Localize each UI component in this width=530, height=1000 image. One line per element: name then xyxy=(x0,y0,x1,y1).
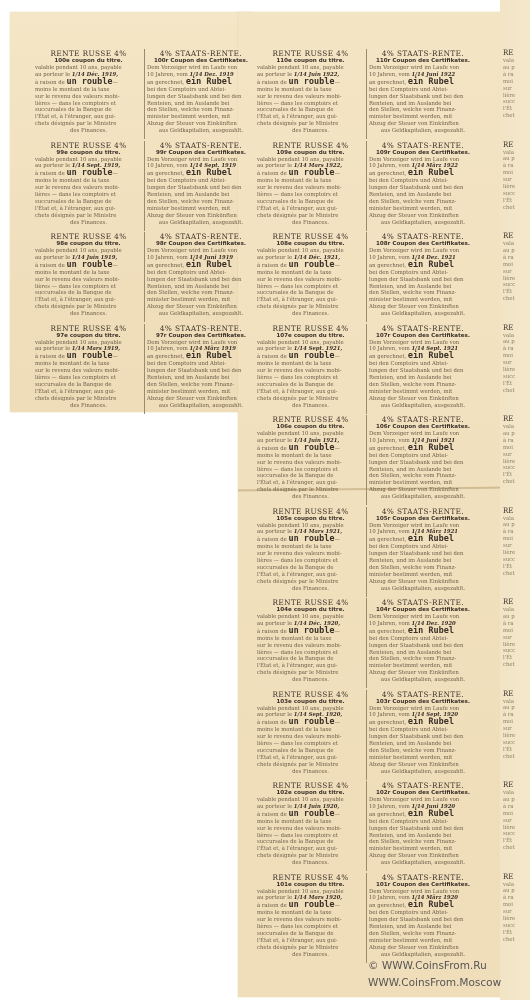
coupon-heading-fr: RENTE RUSSE 4% xyxy=(257,49,364,58)
coupon-heading-de: 4% STAATS-RENTE. xyxy=(369,507,477,516)
coupon-amount: un rouble xyxy=(288,77,334,87)
coupon-text: den Stellen, welche vom Finanz- xyxy=(369,839,477,846)
coupon-dash: — xyxy=(335,80,340,86)
coupon-footer: aus Geldkapitalien, ausgezahlt. xyxy=(147,403,255,410)
coupon-text: moins le montant de la taxe xyxy=(257,819,364,826)
coupon-amount: un rouble xyxy=(66,260,112,270)
coupon-text: an gerechnet, xyxy=(369,629,406,635)
coupon-text: valable pendant 10 ans, payable xyxy=(257,797,364,804)
coupon-text: 10 Jahren, vom xyxy=(369,621,410,627)
coupon-amount: ein Rubel xyxy=(186,77,232,87)
coupon-amount: ein Rubel xyxy=(408,168,454,178)
edge-strip-heading: RE xyxy=(503,873,525,882)
coupon-text: lières — dans les comptoirs et xyxy=(35,284,142,291)
coupon-text: lungen der Staatsbank und bei den xyxy=(369,277,477,284)
coupon-heading-fr: RENTE RUSSE 4% xyxy=(257,690,364,699)
coupon-text: Abzug der Steuer von Einkünften xyxy=(369,945,477,952)
edge-strip-line: moi xyxy=(503,262,525,269)
coupon-number-suffix: Coupon des Certifikates. xyxy=(168,333,246,339)
coupon-heading-de: 4% STAATS-RENTE. xyxy=(369,873,477,882)
coupon-text: bei den Comptoirs und Abtei- xyxy=(369,178,477,185)
coupon-number-suffix: coupon du titre. xyxy=(294,607,345,613)
edge-strip-line: moi xyxy=(503,811,525,818)
coupon-text: moins le montant de la taxe xyxy=(257,453,364,460)
coupon-text: sur le revenu des valeurs mobi- xyxy=(35,94,142,101)
coupon-footer: des Finances. xyxy=(257,311,364,318)
coupon-amount-line: an gerechnet, ein Rubel xyxy=(369,536,477,544)
coupon-footer: des Finances. xyxy=(257,128,364,135)
coupon-amount: un rouble xyxy=(66,77,112,87)
edge-strip-line: succ xyxy=(503,191,525,198)
coupon-footer: des Finances. xyxy=(35,311,142,318)
coupon-footer: aus Geldkapitalien, ausgezahlt. xyxy=(147,220,255,227)
coupon-text: succursales de la Banque de xyxy=(35,382,142,389)
coupon-text: chets désignés par le Ministre xyxy=(257,121,364,128)
coupon-number-suffix: Coupon des Certifikates. xyxy=(392,516,470,522)
coupon-heading-de: 4% STAATS-RENTE. xyxy=(147,49,255,58)
coupon-text: lières — dans les comptoirs et xyxy=(257,284,364,291)
coupon: RENTE RUSSE 4%105e coupon du titre.valab… xyxy=(255,507,480,597)
edge-strip-heading: RE xyxy=(503,690,525,699)
coupon-text: lières — dans les comptoirs et xyxy=(257,101,364,108)
coupon-text: au porteur le xyxy=(257,163,292,169)
edge-strip-line: vala xyxy=(503,699,525,706)
coupon-text: bei den Comptoirs und Abtei- xyxy=(369,87,477,94)
edge-strip-line: sur xyxy=(503,177,525,184)
coupon-text: 10 Jahren, vom xyxy=(147,163,188,169)
edge-strip-line: l'Ét xyxy=(503,564,525,571)
coupon-text: Renteien, und im Auslande bei xyxy=(147,284,255,291)
edge-strip-line: au p xyxy=(503,614,525,621)
coupon-amount: un rouble xyxy=(288,534,334,544)
coupon-text: moins le montant de la taxe xyxy=(35,87,142,94)
coupon-number: 109r xyxy=(376,150,390,156)
coupon-text: au porteur le xyxy=(257,712,292,718)
coupon-heading-fr: RENTE RUSSE 4% xyxy=(35,324,142,333)
coupon-text: moins le montant de la taxe xyxy=(257,727,364,734)
coupon-heading-de: 4% STAATS-RENTE. xyxy=(147,232,255,241)
coupon-text: lières — dans les comptoirs et xyxy=(257,650,364,657)
edge-strip-coupon: REvalaau pà ramoisurlièresuccl'Étchet xyxy=(503,141,525,212)
coupon-number: 100e xyxy=(54,58,69,64)
coupon-text: minister bestimmt werden, mit xyxy=(147,389,255,396)
coupon-german-half: 4% STAATS-RENTE.100r Coupon des Certifik… xyxy=(145,49,257,139)
edge-strip-line: sur xyxy=(503,726,525,733)
coupon-text: Renteien, und im Auslande bei xyxy=(369,924,477,931)
coupon-text: 10 Jahren, vom xyxy=(369,255,410,261)
edge-strip-line: moi xyxy=(503,353,525,360)
coupon-text: lières — dans les comptoirs et xyxy=(257,558,364,565)
coupon-german-half: 4% STAATS-RENTE.105r Coupon des Certifik… xyxy=(367,507,479,597)
edge-strip-line: vala xyxy=(503,882,525,889)
coupon-dash: — xyxy=(113,263,118,269)
coupon-number-suffix: coupon du titre. xyxy=(294,882,345,888)
coupon-text: lungen der Staatsbank und bei den xyxy=(147,94,255,101)
coupon-number-de: 98r Coupon des Certifikates. xyxy=(147,241,255,248)
coupon: RENTE RUSSE 4%107e coupon du titre.valab… xyxy=(255,324,480,414)
coupon-text: sur le revenu des valeurs mobi- xyxy=(257,460,364,467)
coupon-text: bei den Comptoirs und Abtei- xyxy=(369,910,477,917)
coupon-amount: ein Rubel xyxy=(408,900,454,910)
coupon-text: valable pendant 10 ans, payable xyxy=(257,65,364,72)
coupon: RENTE RUSSE 4%101e coupon du titre.valab… xyxy=(255,873,480,963)
coupon-amount: un rouble xyxy=(66,168,112,178)
coupon-heading-fr: RENTE RUSSE 4% xyxy=(257,873,364,882)
coupon: RENTE RUSSE 4%99e coupon du titre.valabl… xyxy=(33,141,258,231)
coupon-text: au porteur le xyxy=(257,438,292,444)
edge-strip-coupon: REvalaau pà ramoisurlièresuccl'Étchet xyxy=(503,873,525,944)
coupon-text: lières — dans les comptoirs et xyxy=(257,924,364,931)
coupon-text: Dem Vorzeiger wird im Laufe von xyxy=(147,248,255,255)
coupon-text: lungen der Staatsbank und bei den xyxy=(369,917,477,924)
coupon-heading-de: 4% STAATS-RENTE. xyxy=(369,141,477,150)
coupon-french-half: RENTE RUSSE 4%108e coupon du titre.valab… xyxy=(255,232,367,322)
coupon-number-de: 97r Coupon des Certifikates. xyxy=(147,333,255,340)
coupon-text: an gerechnet, xyxy=(369,446,406,452)
coupon-dash: — xyxy=(335,446,340,452)
coupon-text: den Stellen, welche vom Finanz- xyxy=(369,656,477,663)
coupon-number-suffix: coupon du titre. xyxy=(294,424,345,430)
coupon-number: 101r xyxy=(376,882,390,888)
coupon-text: à raison de xyxy=(257,80,287,86)
coupon-text: chets désignés par le Ministre xyxy=(257,304,364,311)
coupon-text: succursales de la Banque de xyxy=(35,199,142,206)
coupon-text: moins le montant de la taxe xyxy=(257,270,364,277)
coupon-footer: aus Geldkapitalien, ausgezahlt. xyxy=(147,311,255,318)
coupon-number-suffix: coupon du titre. xyxy=(294,333,345,339)
edge-strip-coupon: REvalaau pà ramoisurlièresuccl'Étchet xyxy=(503,324,525,395)
coupon-text: sur le revenu des valeurs mobi- xyxy=(257,643,364,650)
coupon-text: sur le revenu des valeurs mobi- xyxy=(35,185,142,192)
coupon-number: 108r xyxy=(376,241,390,247)
coupon-number-fr: 109e coupon du titre. xyxy=(257,150,364,157)
coupon-text: lières — dans les comptoirs et xyxy=(257,192,364,199)
coupon-text: bei den Comptoirs und Abtei- xyxy=(369,453,477,460)
coupon-footer: des Finances. xyxy=(257,494,364,501)
coupon-amount: un rouble xyxy=(288,626,334,636)
edge-strip-heading: RE xyxy=(503,324,525,333)
coupon-amount-line: an gerechnet, ein Rubel xyxy=(369,170,477,178)
coupon-footer: aus Geldkapitalien, ausgezahlt. xyxy=(369,769,477,776)
coupon-footer: des Finances. xyxy=(257,403,364,410)
coupon-text: moins le montant de la taxe xyxy=(257,87,364,94)
coupon-heading-fr: RENTE RUSSE 4% xyxy=(257,232,364,241)
edge-strip-line: lière xyxy=(503,367,525,374)
coupon-text: au porteur le xyxy=(35,163,70,169)
coupon-dash: — xyxy=(335,171,340,177)
coupon-number: 101e xyxy=(276,882,291,888)
edge-strip-coupon: REvalaau pà ramoisurlièresuccl'Étchet xyxy=(503,781,525,852)
coupon-number-suffix: Coupon des Certifikates. xyxy=(392,150,470,156)
coupon-text: sur le revenu des valeurs mobi- xyxy=(257,734,364,741)
coupon-text: 10 Jahren, vom xyxy=(369,72,410,78)
coupon-text: an gerechnet, xyxy=(147,263,184,269)
coupon-number: 106r xyxy=(376,424,390,430)
coupon-amount-line: à raison de un rouble— xyxy=(35,170,142,178)
edge-strip-line: l'Ét xyxy=(503,930,525,937)
coupon-text: 10 Jahren, vom xyxy=(369,804,410,810)
coupon-text: au porteur le xyxy=(257,621,292,627)
coupon-dash: — xyxy=(335,354,340,360)
coupon-text: sur le revenu des valeurs mobi- xyxy=(257,368,364,375)
coupon-text: Abzug der Steuer von Einkünften xyxy=(147,121,255,128)
coupon: RENTE RUSSE 4%103e coupon du titre.valab… xyxy=(255,690,480,780)
coupon-text: sur le revenu des valeurs mobi- xyxy=(257,185,364,192)
coupon-text: den Stellen, welche vom Finanz- xyxy=(147,382,255,389)
coupon-text: au porteur le xyxy=(257,895,292,901)
coupon-text: minister bestimmt werden, mit xyxy=(369,755,477,762)
edge-strip-line: succ xyxy=(503,740,525,747)
coupon-number: 104r xyxy=(376,607,390,613)
coupon-text: Abzug der Steuer von Einkünften xyxy=(369,579,477,586)
coupon-text: au porteur le xyxy=(35,72,70,78)
coupon-french-half: RENTE RUSSE 4%107e coupon du titre.valab… xyxy=(255,324,367,414)
coupon-number: 102e xyxy=(276,790,291,796)
coupon-text: à raison de xyxy=(257,720,287,726)
coupon-heading-fr: RENTE RUSSE 4% xyxy=(257,507,364,516)
coupon-text: lungen der Staatsbank und bei den xyxy=(369,734,477,741)
edge-strip-line: sur xyxy=(503,360,525,367)
coupon-text: succursales de la Banque de xyxy=(257,199,364,206)
coupon-heading-de: 4% STAATS-RENTE. xyxy=(369,598,477,607)
coupon-text: an gerechnet, xyxy=(369,903,406,909)
coupon-text: den Stellen, welche vom Finanz- xyxy=(369,473,477,480)
coupon-text: moins le montant de la taxe xyxy=(257,361,364,368)
coupon-number: 107r xyxy=(376,333,390,339)
coupon-heading-de: 4% STAATS-RENTE. xyxy=(369,415,477,424)
edge-strip-heading: RE xyxy=(503,141,525,150)
edge-strip-line: sur xyxy=(503,543,525,550)
edge-strip-line: à ra xyxy=(503,529,525,536)
edge-strip-coupon: REvalaau pà ramoisurlièresuccl'Étchet xyxy=(503,415,525,486)
coupon-text: valable pendant 10 ans, payable xyxy=(257,706,364,713)
coupon-text: 10 Jahren, vom xyxy=(369,895,410,901)
coupon-french-half: RENTE RUSSE 4%100e coupon du titre.valab… xyxy=(33,49,145,139)
coupon-number-fr: 105e coupon du titre. xyxy=(257,516,364,523)
coupon-text: den Stellen, welche vom Finanz- xyxy=(147,107,255,114)
coupon-text: au porteur le xyxy=(257,804,292,810)
coupon-text: Abzug der Steuer von Einkünften xyxy=(369,762,477,769)
coupon-number-suffix: Coupon des Certifikates. xyxy=(392,241,470,247)
coupon-text: minister bestimmt werden, mit xyxy=(147,206,255,213)
coupon-french-half: RENTE RUSSE 4%110e coupon du titre.valab… xyxy=(255,49,367,139)
coupon-text: an gerechnet, xyxy=(369,171,406,177)
coupon-number: 110e xyxy=(276,58,291,64)
coupon-text: minister bestimmt werden, mit xyxy=(147,297,255,304)
coupon-text: chets désignés par le Ministre xyxy=(35,396,142,403)
coupon-amount-line: à raison de un rouble— xyxy=(257,902,364,910)
coupon-text: lières — dans les comptoirs et xyxy=(257,467,364,474)
coupon-text: à raison de xyxy=(257,171,287,177)
coupon-amount: un rouble xyxy=(288,351,334,361)
coupon-footer: aus Geldkapitalien, ausgezahlt. xyxy=(147,128,255,135)
edge-strip-line: lière xyxy=(503,459,525,466)
coupon-text: à raison de xyxy=(257,263,287,269)
coupon-amount: un rouble xyxy=(288,260,334,270)
coupon-text: chets désignés par le Ministre xyxy=(257,670,364,677)
coupon-text: 10 Jahren, vom xyxy=(369,529,410,535)
coupon-number-de: 99r Coupon des Certifikates. xyxy=(147,150,255,157)
coupon-text: chets désignés par le Ministre xyxy=(257,487,364,494)
edge-strip-line: sur xyxy=(503,269,525,276)
coupon-text: Renteien, und im Auslande bei xyxy=(369,650,477,657)
coupon-amount-line: à raison de un rouble— xyxy=(257,170,364,178)
coupon-german-half: 4% STAATS-RENTE.109r Coupon des Certifik… xyxy=(367,141,479,231)
coupon-text: den Stellen, welche vom Finanz- xyxy=(369,931,477,938)
coupon-text: chets désignés par le Ministre xyxy=(257,945,364,952)
coupon-amount-line: an gerechnet, ein Rubel xyxy=(369,262,477,270)
coupon-footer: des Finances. xyxy=(35,403,142,410)
coupon-german-half: 4% STAATS-RENTE.102r Coupon des Certifik… xyxy=(367,781,479,871)
coupon-text: au porteur le xyxy=(257,255,292,261)
coupon-text: Renteien, und im Auslande bei xyxy=(369,558,477,565)
coupon-number-de: 105r Coupon des Certifikates. xyxy=(369,516,477,523)
coupon-number: 100r xyxy=(154,58,168,64)
coupon-number-de: 110r Coupon des Certifikates. xyxy=(369,58,477,65)
coupon-number-fr: 98e coupon du titre. xyxy=(35,241,142,248)
coupon-text: lungen der Staatsbank und bei den xyxy=(147,368,255,375)
coupon-text: valable pendant 10 ans, payable xyxy=(35,65,142,72)
coupon-number: 106e xyxy=(276,424,291,430)
coupon-number-suffix: coupon du titre. xyxy=(294,516,345,522)
coupon-text: moins le montant de la taxe xyxy=(35,178,142,185)
coupon-amount-line: an gerechnet, ein Rubel xyxy=(369,353,477,361)
coupon-text: sur le revenu des valeurs mobi- xyxy=(35,368,142,375)
edge-strip-line: à ra xyxy=(503,895,525,902)
edge-strip-line: vala xyxy=(503,424,525,431)
coupon-text: valable pendant 10 ans, payable xyxy=(257,340,364,347)
coupon-german-half: 4% STAATS-RENTE.103r Coupon des Certifik… xyxy=(367,690,479,780)
coupon-amount: ein Rubel xyxy=(408,626,454,636)
coupon-amount: un rouble xyxy=(288,443,334,453)
coupon-heading-de: 4% STAATS-RENTE. xyxy=(369,781,477,790)
coupon-text: den Stellen, welche vom Finanz- xyxy=(369,199,477,206)
coupon-text: Abzug der Steuer von Einkünften xyxy=(147,304,255,311)
edge-strip-line: chet xyxy=(503,113,525,120)
coupon-text: chets désignés par le Ministre xyxy=(257,579,364,586)
coupon-amount-line: an gerechnet, ein Rubel xyxy=(369,719,477,727)
edge-strip-line: à ra xyxy=(503,255,525,262)
coupon-heading-de: 4% STAATS-RENTE. xyxy=(147,324,255,333)
coupon-text: den Stellen, welche vom Finanz- xyxy=(369,382,477,389)
coupon-heading-fr: RENTE RUSSE 4% xyxy=(257,781,364,790)
coupon-text: lières — dans les comptoirs et xyxy=(35,375,142,382)
coupon-number-de: 103r Coupon des Certifikates. xyxy=(369,699,477,706)
edge-strip-line: l'Ét xyxy=(503,381,525,388)
edge-strip-line: à ra xyxy=(503,163,525,170)
coupon-text: Renteien, und im Auslande bei xyxy=(369,467,477,474)
coupon-number-fr: 102e coupon du titre. xyxy=(257,790,364,797)
coupon-number: 97e xyxy=(56,333,68,339)
coupon-text: Abzug der Steuer von Einkünften xyxy=(369,487,477,494)
edge-strip-line: chet xyxy=(503,937,525,944)
coupon-text: valable pendant 10 ans, payable xyxy=(35,248,142,255)
coupon-number-fr: 97e coupon du titre. xyxy=(35,333,142,340)
edge-strip-line: lière xyxy=(503,550,525,557)
coupon-number-fr: 99e coupon du titre. xyxy=(35,150,142,157)
coupon-french-half: RENTE RUSSE 4%104e coupon du titre.valab… xyxy=(255,598,367,688)
coupon-text: Abzug der Steuer von Einkünften xyxy=(147,213,255,220)
coupon-footer: aus Geldkapitalien, ausgezahlt. xyxy=(369,311,477,318)
coupon-number-suffix: Coupon des Certifikates. xyxy=(168,241,246,247)
coupon-number-suffix: Coupon des Certifikates. xyxy=(170,58,248,64)
coupon-text: Abzug der Steuer von Einkünften xyxy=(369,396,477,403)
coupon-text: l'État et, à l'étranger, aux gui- xyxy=(35,389,142,396)
coupon-text: bei den Comptoirs und Abtei- xyxy=(369,270,477,277)
edge-strip-line: chet xyxy=(503,296,525,303)
coupon-german-half: 4% STAATS-RENTE.97r Coupon des Certifika… xyxy=(145,324,257,414)
coupon: RENTE RUSSE 4%110e coupon du titre.valab… xyxy=(255,49,480,139)
edge-strip-coupon: REvalaau pà ramoisurlièresuccl'Étchet xyxy=(503,598,525,669)
coupon-heading-de: 4% STAATS-RENTE. xyxy=(369,324,477,333)
coupon-text: Abzug der Steuer von Einkünften xyxy=(369,670,477,677)
coupon-text: bei den Comptoirs und Abtei- xyxy=(369,544,477,551)
coupon-text: Dem Vorzeiger wird im Laufe von xyxy=(369,797,477,804)
coupon-dash: — xyxy=(335,903,340,909)
coupon-text: 10 Jahren, vom xyxy=(147,346,188,352)
coupon-text: à raison de xyxy=(257,537,287,543)
coupon-text: an gerechnet, xyxy=(369,354,406,360)
coupon-text: an gerechnet, xyxy=(369,812,406,818)
coupon-text: Renteien, und im Auslande bei xyxy=(369,101,477,108)
coupon-text: den Stellen, welche vom Finanz- xyxy=(369,748,477,755)
edge-strip-line: l'Ét xyxy=(503,106,525,113)
coupon-number-de: 100r Coupon des Certifikates. xyxy=(147,58,255,65)
coupon-dash: — xyxy=(335,537,340,543)
edge-strip-line: à ra xyxy=(503,346,525,353)
coupon-text: an gerechnet, xyxy=(369,720,406,726)
edge-strip-line: à ra xyxy=(503,438,525,445)
coupon-number-fr: 103e coupon du titre. xyxy=(257,699,364,706)
coupon-number: 99r xyxy=(156,150,167,156)
coupon-amount: un rouble xyxy=(288,900,334,910)
coupon-amount: un rouble xyxy=(288,809,334,819)
coupon-text: sur le revenu des valeurs mobi- xyxy=(257,551,364,558)
edge-strip-line: lière xyxy=(503,642,525,649)
coupon-footer: des Finances. xyxy=(257,586,364,593)
coupon-text: valable pendant 10 ans, payable xyxy=(257,248,364,255)
coupon-text: minister bestimmt werden, mit xyxy=(369,480,477,487)
coupon-footer: des Finances. xyxy=(257,769,364,776)
coupon-number: 108e xyxy=(276,241,291,247)
edge-strip-line: sur xyxy=(503,86,525,93)
coupon: RENTE RUSSE 4%108e coupon du titre.valab… xyxy=(255,232,480,322)
coupon-text: 10 Jahren, vom xyxy=(369,712,410,718)
coupon-amount-line: an gerechnet, ein Rubel xyxy=(147,262,255,270)
coupon-number-fr: 106e coupon du titre. xyxy=(257,424,364,431)
coupon: RENTE RUSSE 4%97e coupon du titre.valabl… xyxy=(33,324,258,414)
coupon-number-fr: 107e coupon du titre. xyxy=(257,333,364,340)
coupon-amount-line: à raison de un rouble— xyxy=(257,353,364,361)
edge-strip-line: chet xyxy=(503,845,525,852)
coupon-footer: aus Geldkapitalien, ausgezahlt. xyxy=(369,677,477,684)
coupon-amount-line: à raison de un rouble— xyxy=(35,262,142,270)
coupon-amount: ein Rubel xyxy=(186,260,232,270)
coupon-amount-line: à raison de un rouble— xyxy=(257,536,364,544)
coupon-text: bei den Comptoirs und Abtei- xyxy=(369,727,477,734)
coupon-german-half: 4% STAATS-RENTE.104r Coupon des Certifik… xyxy=(367,598,479,688)
coupon-text: minister bestimmt werden, mit xyxy=(369,572,477,579)
coupon-text: moins le montant de la taxe xyxy=(35,270,142,277)
coupon-text: 10 Jahren, vom xyxy=(369,163,410,169)
coupon-footer: des Finances. xyxy=(257,677,364,684)
coupon-footer: aus Geldkapitalien, ausgezahlt. xyxy=(369,220,477,227)
coupon-dash: — xyxy=(335,812,340,818)
coupon-text: minister bestimmt werden, mit xyxy=(369,297,477,304)
coupon-amount-line: an gerechnet, ein Rubel xyxy=(369,628,477,636)
coupon-amount: ein Rubel xyxy=(186,351,232,361)
coupon-german-half: 4% STAATS-RENTE.99r Coupon des Certifika… xyxy=(145,141,257,231)
